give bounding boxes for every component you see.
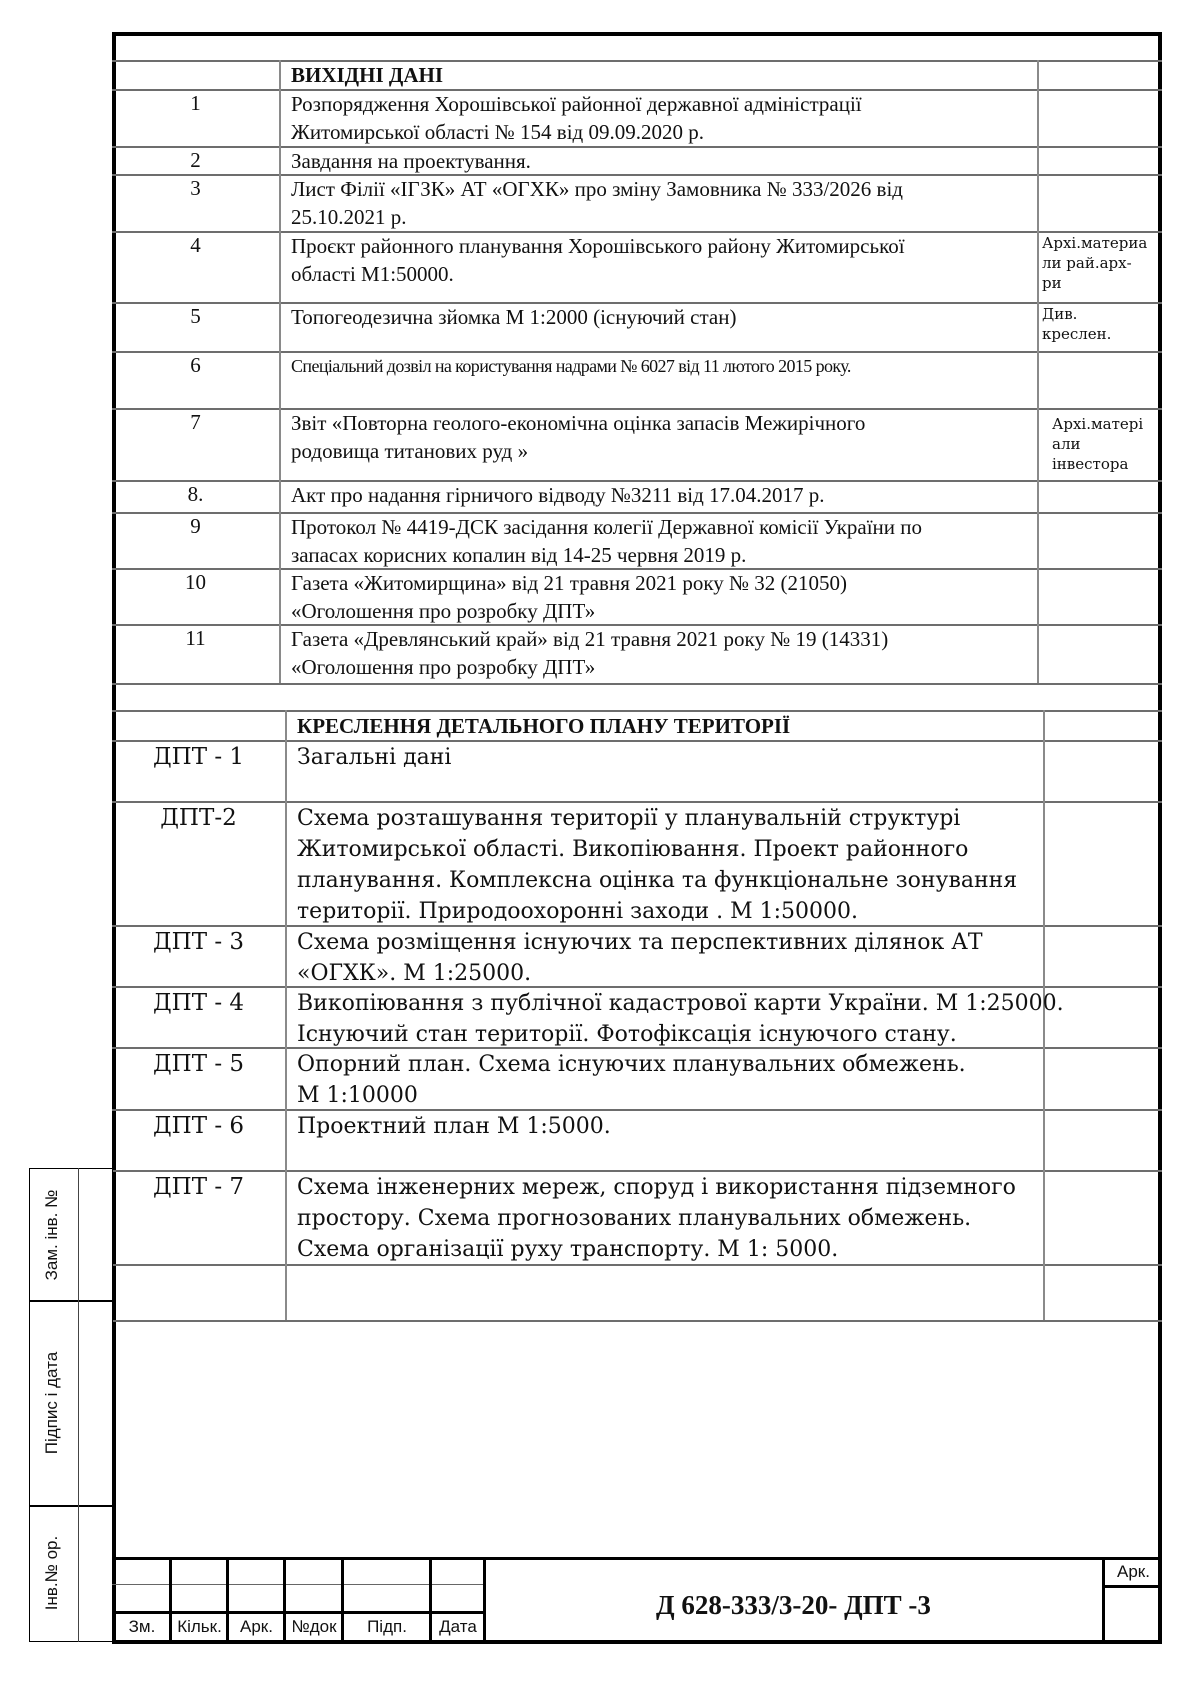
row-text: Газета «Древлянський край» від 21 травня…	[291, 625, 888, 653]
drawing-title: Схема організації руху транспорту. М 1: …	[297, 1235, 838, 1265]
drawing-code: ДПТ - 6	[112, 1113, 285, 1139]
row-note: али	[1052, 434, 1080, 454]
drawing-code: ДПТ - 1	[112, 744, 285, 770]
drawing-title: простору. Схема прогнозованих планувальн…	[297, 1204, 971, 1234]
drawing-code: ДПТ-2	[112, 805, 285, 831]
row-text: Житомирської області № 154 від 09.09.202…	[291, 118, 704, 146]
drawing-code: ДПТ - 7	[112, 1174, 285, 1200]
row-note: Див.	[1042, 304, 1077, 324]
row-text: запасах корисних копалин від 14-25 червн…	[291, 541, 746, 569]
drawing-code: ДПТ - 3	[112, 929, 285, 955]
row-text: родовища титанових руд »	[291, 437, 528, 465]
drawing-title: Схема інженерних мереж, споруд і викорис…	[297, 1173, 1016, 1203]
sheet-label: Арк.	[1105, 1562, 1162, 1582]
row-note: ри	[1042, 273, 1062, 293]
row-number: 5	[112, 304, 279, 329]
row-text: Газета «Житомирщина» від 21 травня 2021 …	[291, 569, 847, 597]
row-number: 4	[112, 233, 279, 258]
side-divider	[78, 1168, 79, 1642]
drawing-title: Проектний план М 1:5000.	[297, 1112, 611, 1142]
drawing-code: ДПТ - 5	[112, 1051, 285, 1077]
drawing-title: М 1:10000	[297, 1081, 418, 1111]
row-text: «Оголошення про розробку ДПТ»	[291, 597, 595, 625]
row-text: 25.10.2021 р.	[291, 203, 407, 231]
drawing-title: Існуючий стан території. Фотофіксація іс…	[297, 1020, 957, 1050]
title-block-column-label: Зм.	[114, 1617, 170, 1637]
row-number: 1	[112, 91, 279, 116]
title-block-column-label: Кільк.	[172, 1617, 227, 1637]
row-text: Топогеодезична зйомка М 1:2000 (існуючий…	[291, 303, 736, 331]
pidpys-label: Підпис і дата	[42, 1318, 64, 1488]
row-note: ли рай.арх-	[1042, 253, 1132, 273]
drawing-title: Опорний план. Схема існуючих планувальни…	[297, 1050, 966, 1080]
row-text: Звіт «Повторна геолого-економічна оцінка…	[291, 409, 865, 437]
row-text: Розпорядження Хорошівської районної держ…	[291, 90, 862, 118]
row-note: креслен.	[1042, 324, 1111, 344]
row-number: 3	[112, 176, 279, 201]
row-text: Протокол № 4419-ДСК засідання колегії Де…	[291, 513, 922, 541]
drawing-title: Житомирської області. Викопіювання. Прое…	[297, 835, 968, 865]
row-number: 9	[112, 514, 279, 539]
row-text: області М1:50000.	[291, 260, 454, 288]
row-note: інвестора	[1052, 454, 1128, 474]
row-number: 7	[112, 410, 279, 435]
title-block-column-label: Підп.	[344, 1617, 430, 1637]
row-text: Спеціальний дозвіл на користування надра…	[291, 352, 851, 380]
row-text: Акт про надання гірничого відводу №3211 …	[291, 481, 825, 509]
drawing-title: планування. Комплексна оцінка та функціо…	[297, 866, 1017, 896]
row-number: 11	[112, 626, 279, 651]
section-header: КРЕСЛЕННЯ ДЕТАЛЬНОГО ПЛАНУ ТЕРИТОРІЇ	[297, 714, 790, 739]
row-number: 8.	[112, 482, 279, 507]
drawing-title: Викопіювання з публічної кадастрової кар…	[297, 989, 1064, 1019]
row-number: 2	[112, 148, 279, 173]
title-block-column-label: Дата	[432, 1617, 484, 1637]
zam-inv-label: Зам. інв. №	[42, 1170, 64, 1300]
row-number: 6	[112, 353, 279, 378]
row-number: 10	[112, 570, 279, 595]
row-text: Завдання на проектування.	[291, 147, 531, 175]
document-code: Д 628-333/3-20- ДПТ -3	[484, 1590, 1103, 1621]
row-text: Лист Філії «ІГЗК» АТ «ОГХК» про зміну За…	[291, 175, 903, 203]
row-note: Архі.матері	[1052, 414, 1143, 434]
title-block-column-label: Арк.	[229, 1617, 284, 1637]
drawing-title: Схема розміщення існуючих та перспективн…	[297, 928, 983, 958]
drawing-code: ДПТ - 4	[112, 990, 285, 1016]
drawing-title: Загальні дані	[297, 743, 451, 773]
row-text: «Оголошення про розробку ДПТ»	[291, 653, 595, 681]
drawing-title: території. Природоохоронні заходи . М 1:…	[297, 897, 858, 927]
drawing-title: Схема розташування території у плануваль…	[297, 804, 960, 834]
row-text: Проєкт районного планування Хорошівськог…	[291, 232, 905, 260]
title-block-column-label: №док	[286, 1617, 342, 1637]
section-header: ВИХІДНІ ДАНІ	[291, 63, 443, 88]
inv-or-label: Інв.№ ор.	[42, 1508, 64, 1638]
row-note: Архі.материа	[1042, 233, 1147, 253]
drawing-title: «ОГХК». М 1:25000.	[297, 959, 531, 989]
